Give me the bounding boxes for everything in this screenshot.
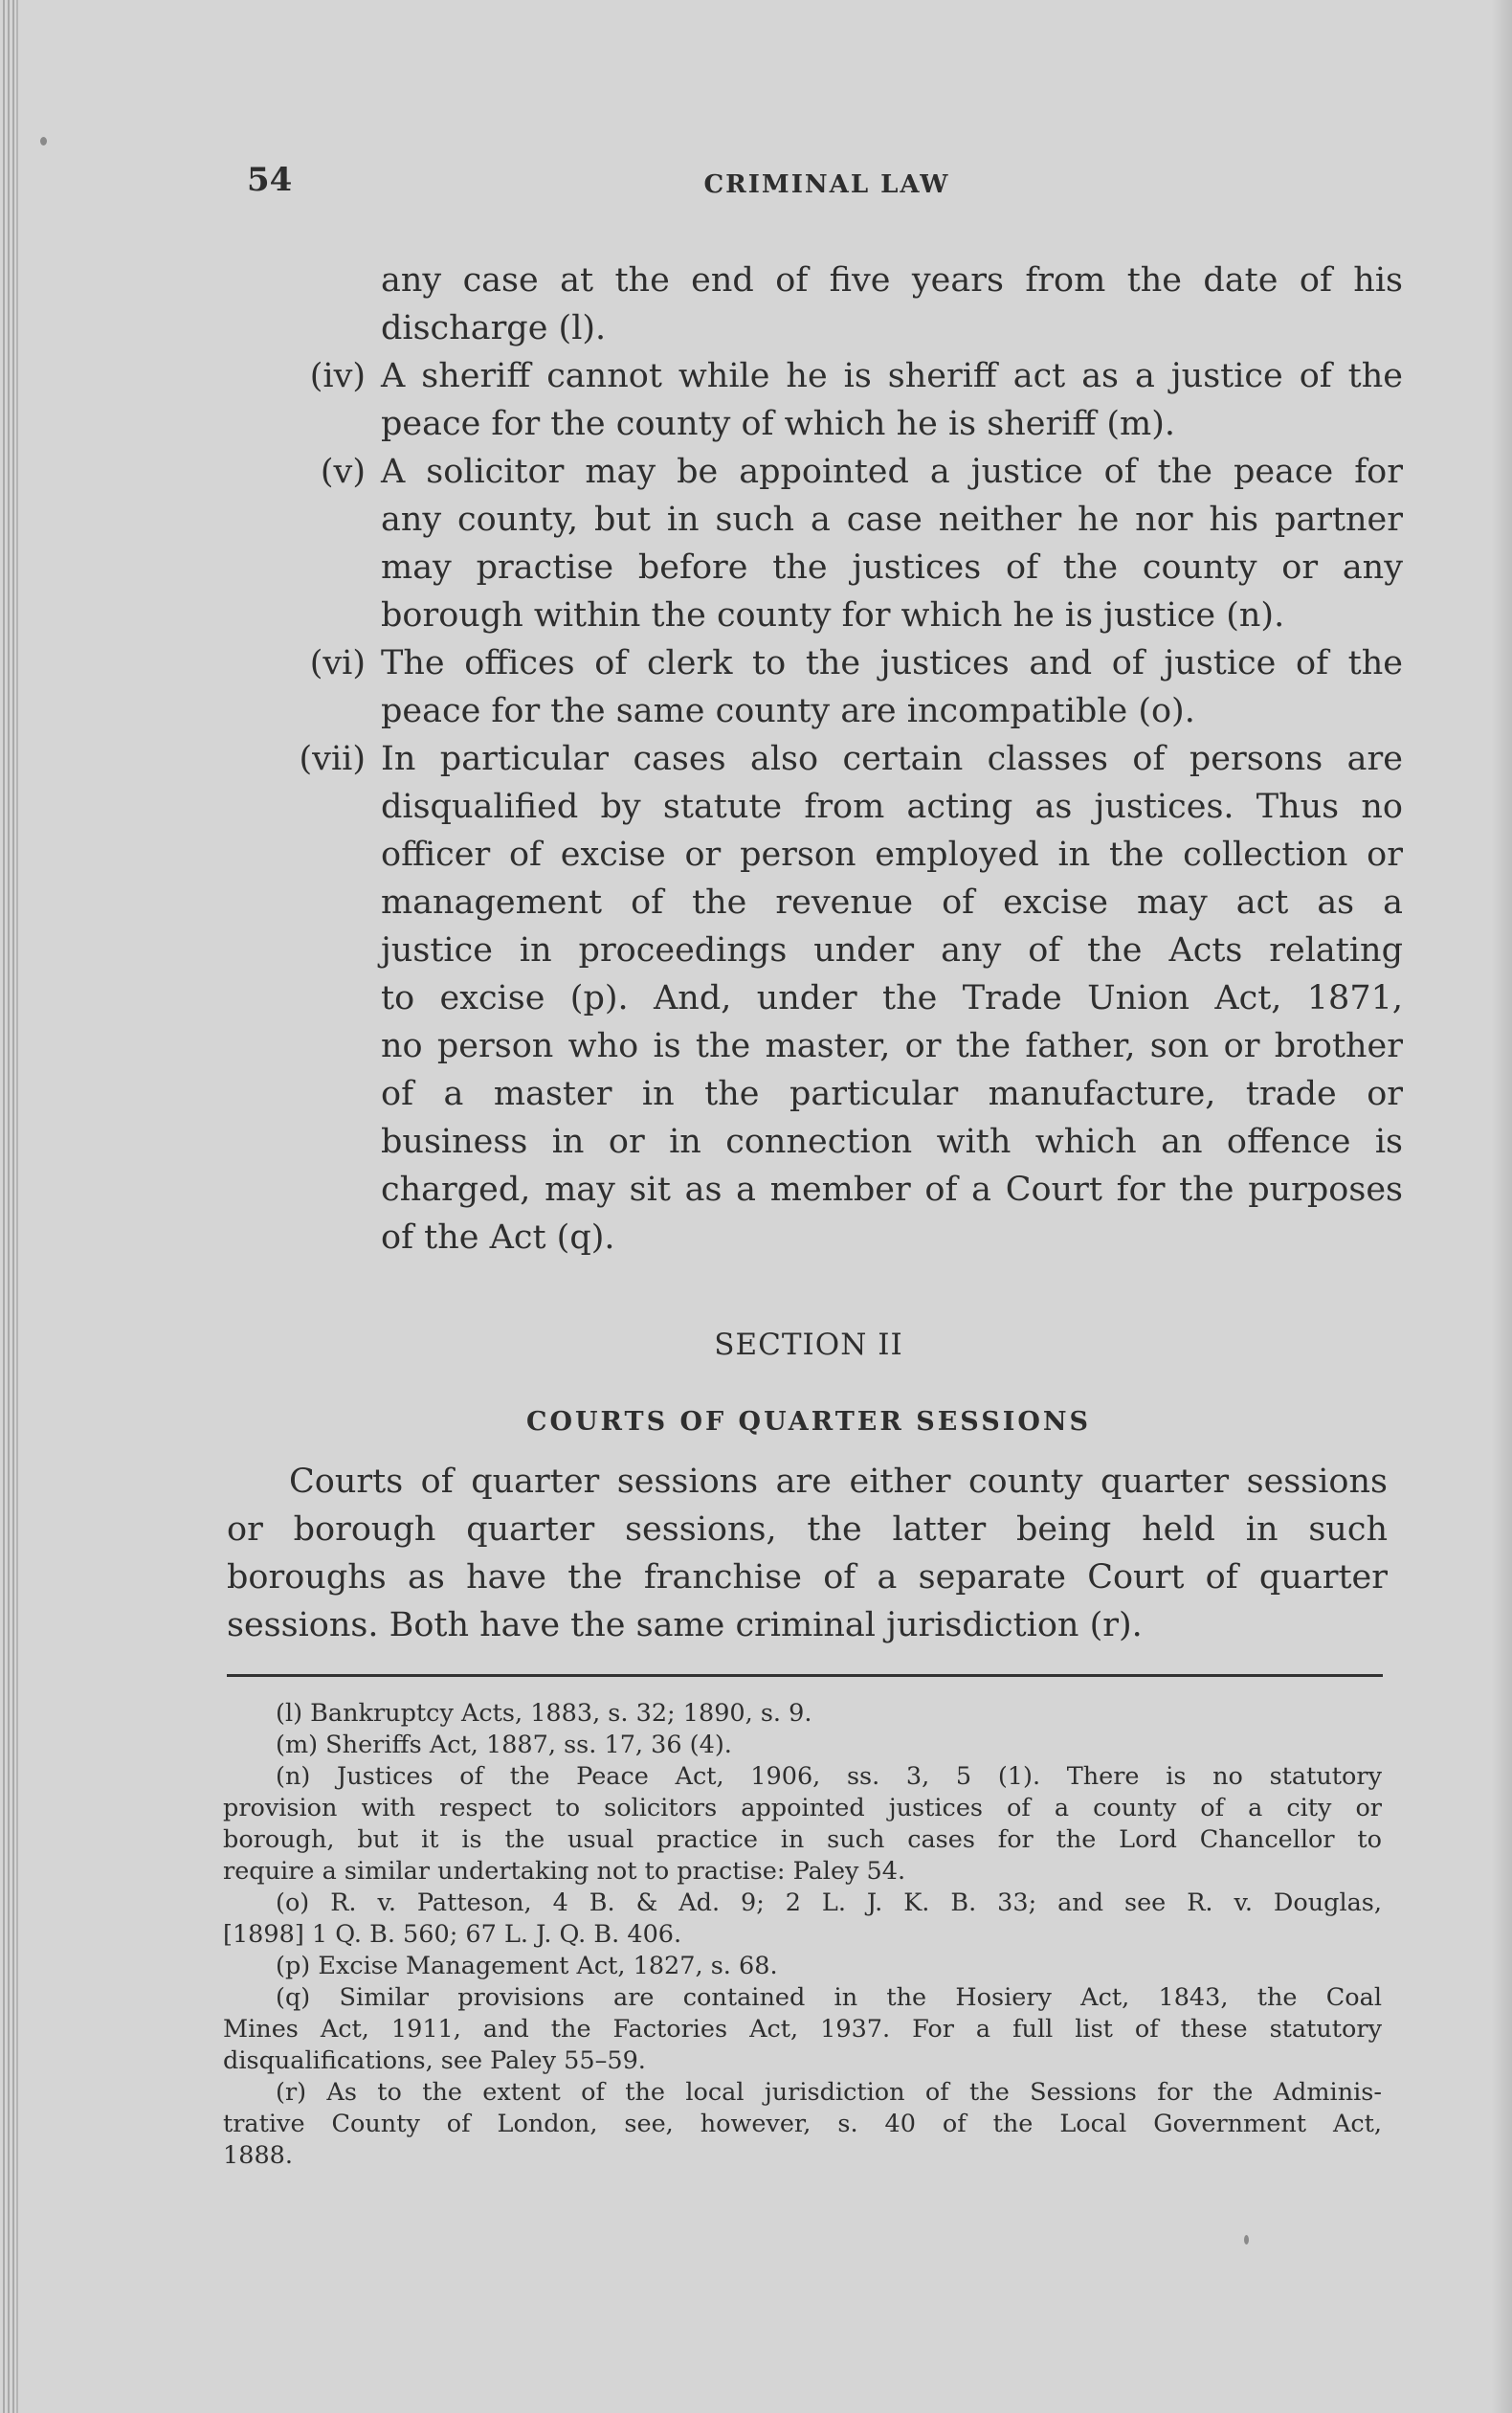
text-line: discharge (l).	[381, 304, 606, 352]
footnote-line: borough, but it is the usual practice in…	[223, 1824, 1382, 1856]
text-line: A sheriff cannot while he is sheriff act…	[381, 352, 1403, 400]
text-line: disqualified by statute from acting as j…	[381, 783, 1403, 831]
footnote-line: (n) Justices of the Peace Act, 1906, ss.…	[276, 1761, 1382, 1793]
list-item-label: (vii)	[251, 735, 366, 783]
footnote-line: disqualifications, see Paley 55–59.	[223, 2045, 646, 2077]
footnote-line: (r) As to the extent of the local jurisd…	[276, 2077, 1382, 2109]
text-line: officer of excise or person employed in …	[381, 831, 1403, 879]
footnote-line: (q) Similar provisions are contained in …	[276, 1982, 1382, 2014]
text-line: peace for the same county are incompatib…	[381, 687, 1195, 735]
section-number: SECTION II	[0, 1326, 1512, 1364]
paragraph-line: boroughs as have the franchise of a sepa…	[227, 1553, 1388, 1601]
text-line: any county, but in such a case neither h…	[381, 496, 1403, 544]
text-line: borough within the county for which he i…	[381, 592, 1284, 639]
paragraph-line: or borough quarter sessions, the latter …	[227, 1506, 1388, 1553]
page-edge-line	[12, 0, 14, 2413]
page-gutter-shadow	[1491, 0, 1512, 2413]
running-head: CRIMINAL LAW	[0, 170, 1512, 199]
text-line: of a master in the particular manufactur…	[381, 1070, 1403, 1118]
footnote-line: (p) Excise Management Act, 1827, s. 68.	[276, 1951, 778, 1982]
page-edge-line	[8, 0, 10, 2413]
text-line: justice in proceedings under any of the …	[381, 927, 1403, 974]
footnote-rule	[227, 1674, 1383, 1677]
text-line: no person who is the master, or the fath…	[381, 1022, 1403, 1070]
footnote-line: 1888.	[223, 2140, 293, 2172]
text-line: management of the revenue of excise may …	[381, 879, 1403, 927]
list-item-label: (v)	[251, 448, 366, 496]
page-edge-line	[3, 0, 5, 2413]
footnote-line: (m) Sheriffs Act, 1887, ss. 17, 36 (4).	[276, 1730, 732, 1761]
text-line: to excise (p). And, under the Trade Unio…	[381, 974, 1403, 1022]
text-line: In particular cases also certain classes…	[381, 735, 1403, 783]
footnote-line: provision with respect to solicitors app…	[223, 1793, 1382, 1824]
paper-speck	[1244, 2235, 1249, 2245]
text-line: of the Act (q).	[381, 1214, 615, 1262]
text-line: any case at the end of five years from t…	[381, 257, 1403, 304]
paragraph-line: sessions. Both have the same criminal ju…	[227, 1601, 1143, 1649]
footnote-line: (o) R. v. Patteson, 4 B. & Ad. 9; 2 L. J…	[276, 1888, 1382, 1919]
footnote-line: require a similar undertaking not to pra…	[223, 1856, 905, 1888]
text-line: A solicitor may be appointed a justice o…	[381, 448, 1403, 496]
text-line: business in or in connection with which …	[381, 1118, 1403, 1166]
text-line: The offices of clerk to the justices and…	[381, 639, 1403, 687]
footnote-line: Mines Act, 1911, and the Factories Act, …	[223, 2014, 1382, 2045]
list-item-label: (vi)	[251, 639, 366, 687]
text-line: charged, may sit as a member of a Court …	[381, 1166, 1403, 1214]
section-title: COURTS OF QUARTER SESSIONS	[0, 1405, 1512, 1440]
footnote-line: [1898] 1 Q. B. 560; 67 L. J. Q. B. 406.	[223, 1919, 681, 1951]
footnote-line: trative County of London, see, however, …	[223, 2109, 1382, 2140]
page-edge-line	[16, 0, 18, 2413]
list-item-label: (iv)	[251, 352, 366, 400]
paper-speck	[40, 137, 47, 145]
text-line: may practise before the justices of the …	[381, 544, 1403, 592]
text-line: peace for the county of which he is sher…	[381, 400, 1175, 448]
footnote-line: (l) Bankruptcy Acts, 1883, s. 32; 1890, …	[276, 1698, 812, 1730]
paragraph-line: Courts of quarter sessions are either co…	[289, 1458, 1388, 1506]
